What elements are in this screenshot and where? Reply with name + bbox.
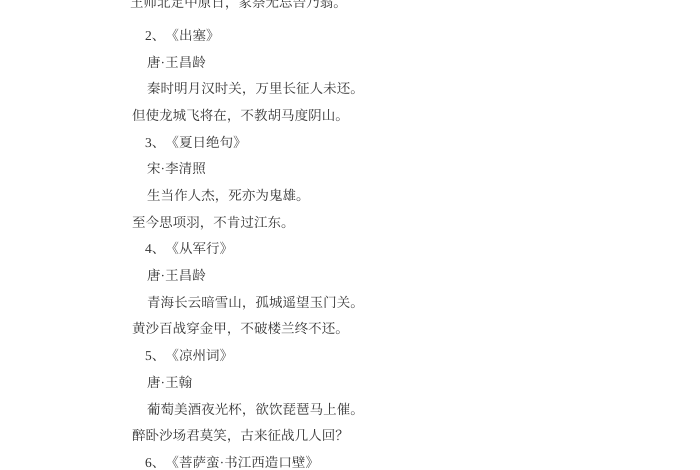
poem-title-line: 5、 《凉州词》 bbox=[145, 348, 233, 363]
poem-verse-line: 但使龙城飞将在，不教胡马度阴山。 bbox=[132, 108, 349, 123]
poem-verse-line: 葡萄美酒夜光杯，欲饮琵琶马上催。 bbox=[147, 402, 364, 417]
document-page: 王师北定中原日，家祭无忘告乃翁。2、 《出塞》唐·王昌龄秦时明月汉时关，万里长征… bbox=[0, 0, 700, 470]
poem-verse-line: 青海长云暗雪山，孤城遥望玉门关。 bbox=[147, 295, 364, 310]
poem-author-line: 唐·王昌龄 bbox=[147, 55, 206, 70]
poem-title-line: 4、 《从军行》 bbox=[145, 241, 233, 256]
poem-author-line: 唐·王翰 bbox=[147, 375, 192, 390]
poem-title-line: 6、 《菩萨蛮·书江西造口壁》 bbox=[145, 455, 319, 470]
poem-title-line: 3、 《夏日绝句》 bbox=[145, 135, 247, 150]
poem-verse-line: 秦时明月汉时关，万里长征人未还。 bbox=[147, 81, 364, 96]
poem-verse-line: 至今思项羽，不肯过江东。 bbox=[132, 215, 295, 230]
poem-author-line: 宋·李清照 bbox=[147, 161, 206, 176]
poem-verse-line: 生当作人杰，死亦为鬼雄。 bbox=[147, 188, 310, 203]
poem-title-line: 2、 《出塞》 bbox=[145, 28, 220, 43]
poem-verse-line: 醉卧沙场君莫笑，古来征战几人回？ bbox=[132, 428, 349, 443]
poem-verse-line: 黄沙百战穿金甲，不破楼兰终不还。 bbox=[132, 321, 349, 336]
poem-verse-line: 王师北定中原日，家祭无忘告乃翁。 bbox=[130, 0, 347, 10]
poem-author-line: 唐·王昌龄 bbox=[147, 268, 206, 283]
